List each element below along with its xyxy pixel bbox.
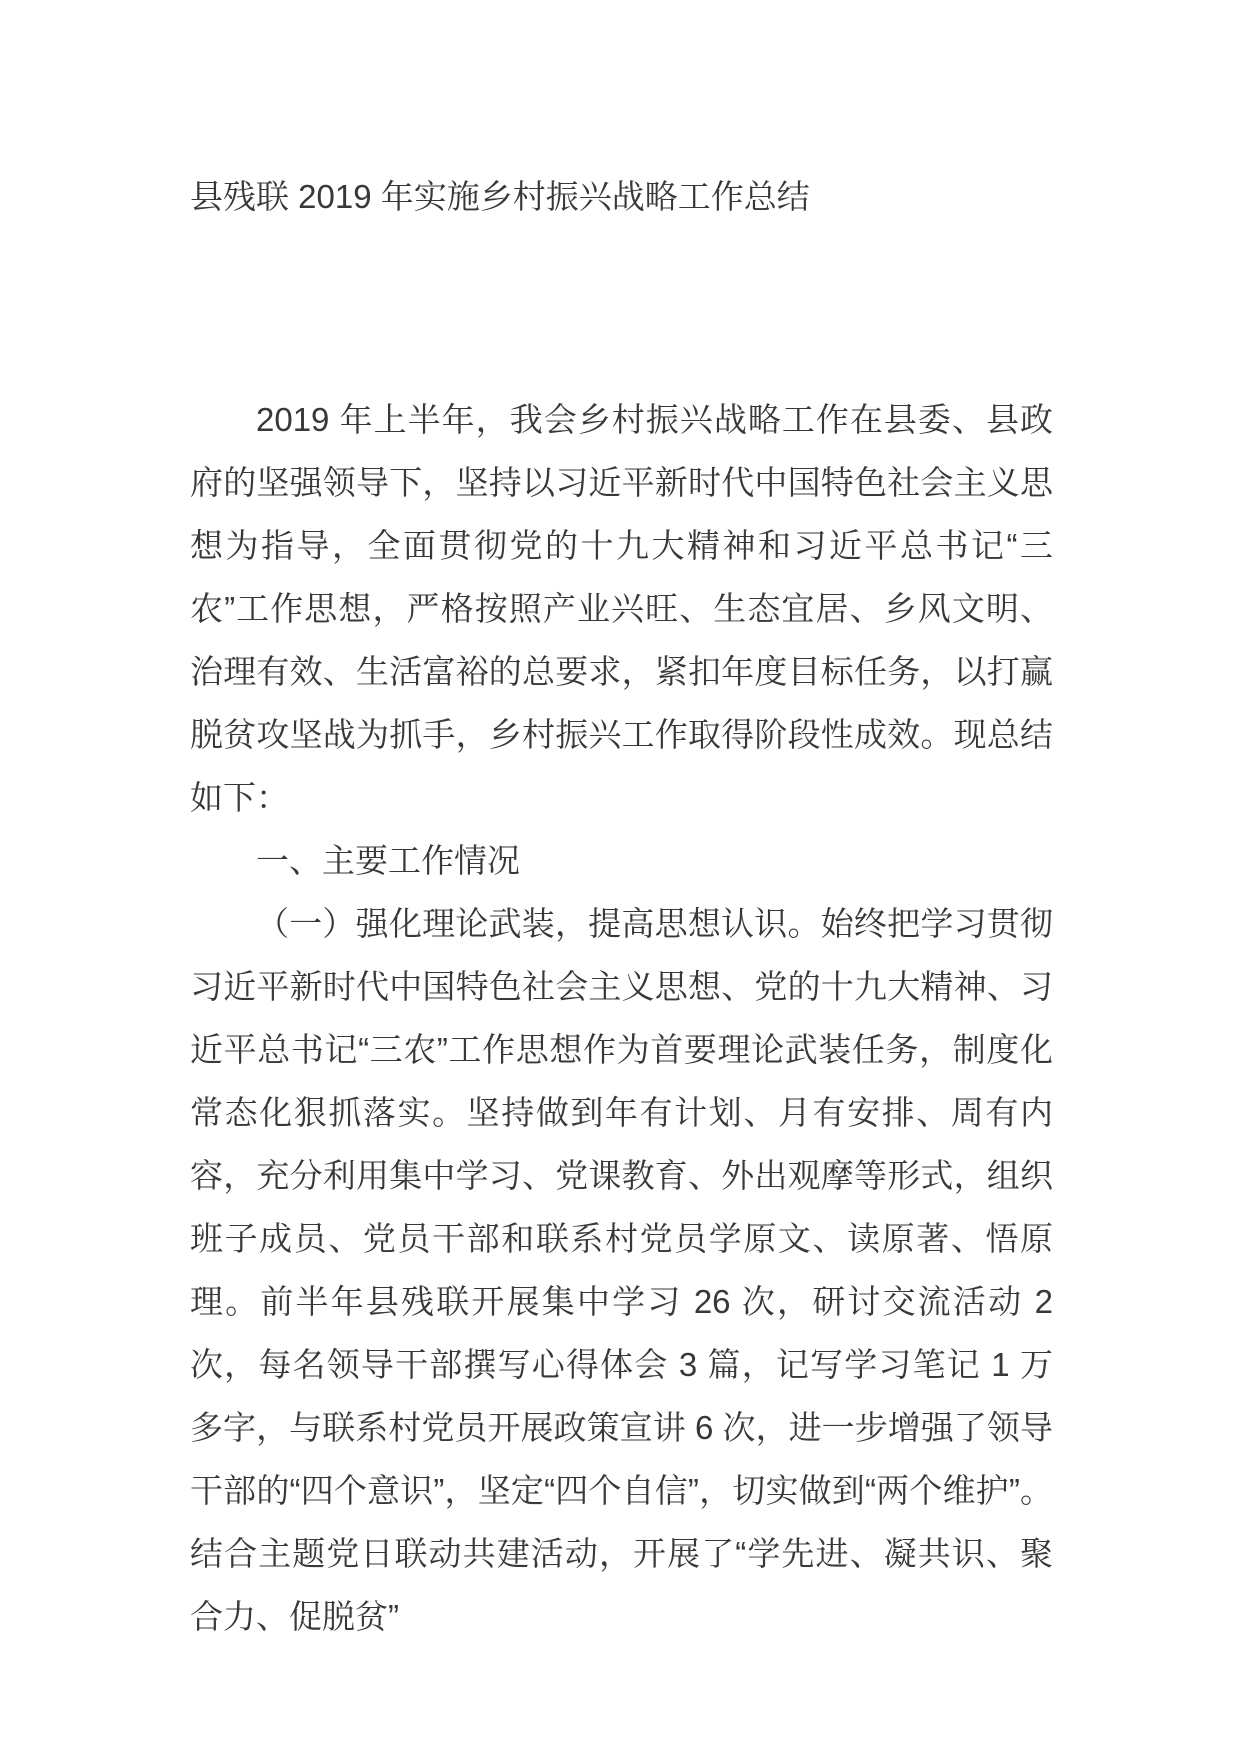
body-paragraph-section-one: （一）强化理论武装，提高思想认识。始终把学习贯彻习近平新时代中国特色社会主义思想… [190, 892, 1053, 1648]
body-section-heading: 一、主要工作情况 [190, 829, 1053, 892]
document-content: 县残联 2019 年实施乡村振兴战略工作总结 2019 年上半年，我会乡村振兴战… [0, 0, 1241, 1648]
document-title: 县残联 2019 年实施乡村振兴战略工作总结 [190, 165, 1053, 228]
document-page: 县残联 2019 年实施乡村振兴战略工作总结 2019 年上半年，我会乡村振兴战… [0, 0, 1241, 1755]
body-paragraph-intro: 2019 年上半年，我会乡村振兴战略工作在县委、县政府的坚强领导下，坚持以习近平… [190, 388, 1053, 829]
document-body: 2019 年上半年，我会乡村振兴战略工作在县委、县政府的坚强领导下，坚持以习近平… [190, 388, 1053, 1648]
